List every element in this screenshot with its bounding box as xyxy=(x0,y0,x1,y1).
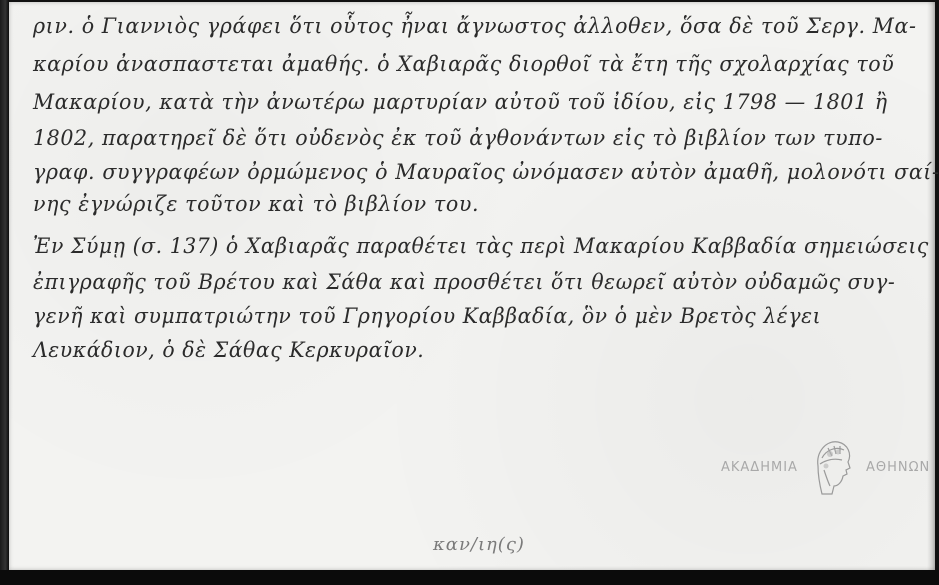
scan-bottom-edge xyxy=(0,570,939,585)
catalog-note: καν/ιη(ς) xyxy=(433,534,525,555)
text-line: Ἐν Σύμῃ (σ. 137) ὁ Χαβιαρᾶς παραθέτει τὰ… xyxy=(33,234,929,258)
scan-left-edge xyxy=(0,0,9,585)
text-line: Μακαρίου, κατὰ τὴν ἀνωτέρω μαρτυρίαν αὐτ… xyxy=(33,90,888,114)
text-line: καρίου ἀνασπαστεται ἀμαθής. ὁ Χαβιαρᾶς δ… xyxy=(33,52,894,76)
letterhead-left-word: ΑΚΑΔΗΜΙΑ xyxy=(721,460,798,475)
index-card: ριν. ὁ Γιαννιὸς γράφει ὅτι οὗτος ἦναι ἄγ… xyxy=(9,2,935,570)
text-line: ριν. ὁ Γιαννιὸς γράφει ὅτι οὗτος ἦναι ἄγ… xyxy=(33,14,916,38)
academy-of-athens-letterhead: ΑΚΑΔΗΜΙΑ ΑΘΗΝΩΝ xyxy=(721,436,930,498)
athena-head-icon xyxy=(808,436,856,498)
text-line: Λευκάδιον, ὁ δὲ Σάθας Κερκυραῖον. xyxy=(33,338,424,362)
text-line: ἐπιγραφῆς τοῦ Βρέτου καὶ Σάθα καὶ προσθέ… xyxy=(33,270,895,294)
text-line: γραφ. συγγραφέων ὀρμώμενος ὁ Μαυραῖος ὠν… xyxy=(33,160,939,184)
letterhead-right-word: ΑΘΗΝΩΝ xyxy=(866,460,930,475)
text-line: νης ἐγνώριζε τοῦτον καὶ τὸ βιβλίον του. xyxy=(33,192,479,216)
text-line: 1802, παρατηρεῖ δὲ ὅτι οὐδενὸς ἐκ τοῦ ἀγ… xyxy=(33,126,883,150)
text-line: γενῆ καὶ συμπατριώτην τοῦ Γρηγορίου Καββ… xyxy=(33,304,821,328)
